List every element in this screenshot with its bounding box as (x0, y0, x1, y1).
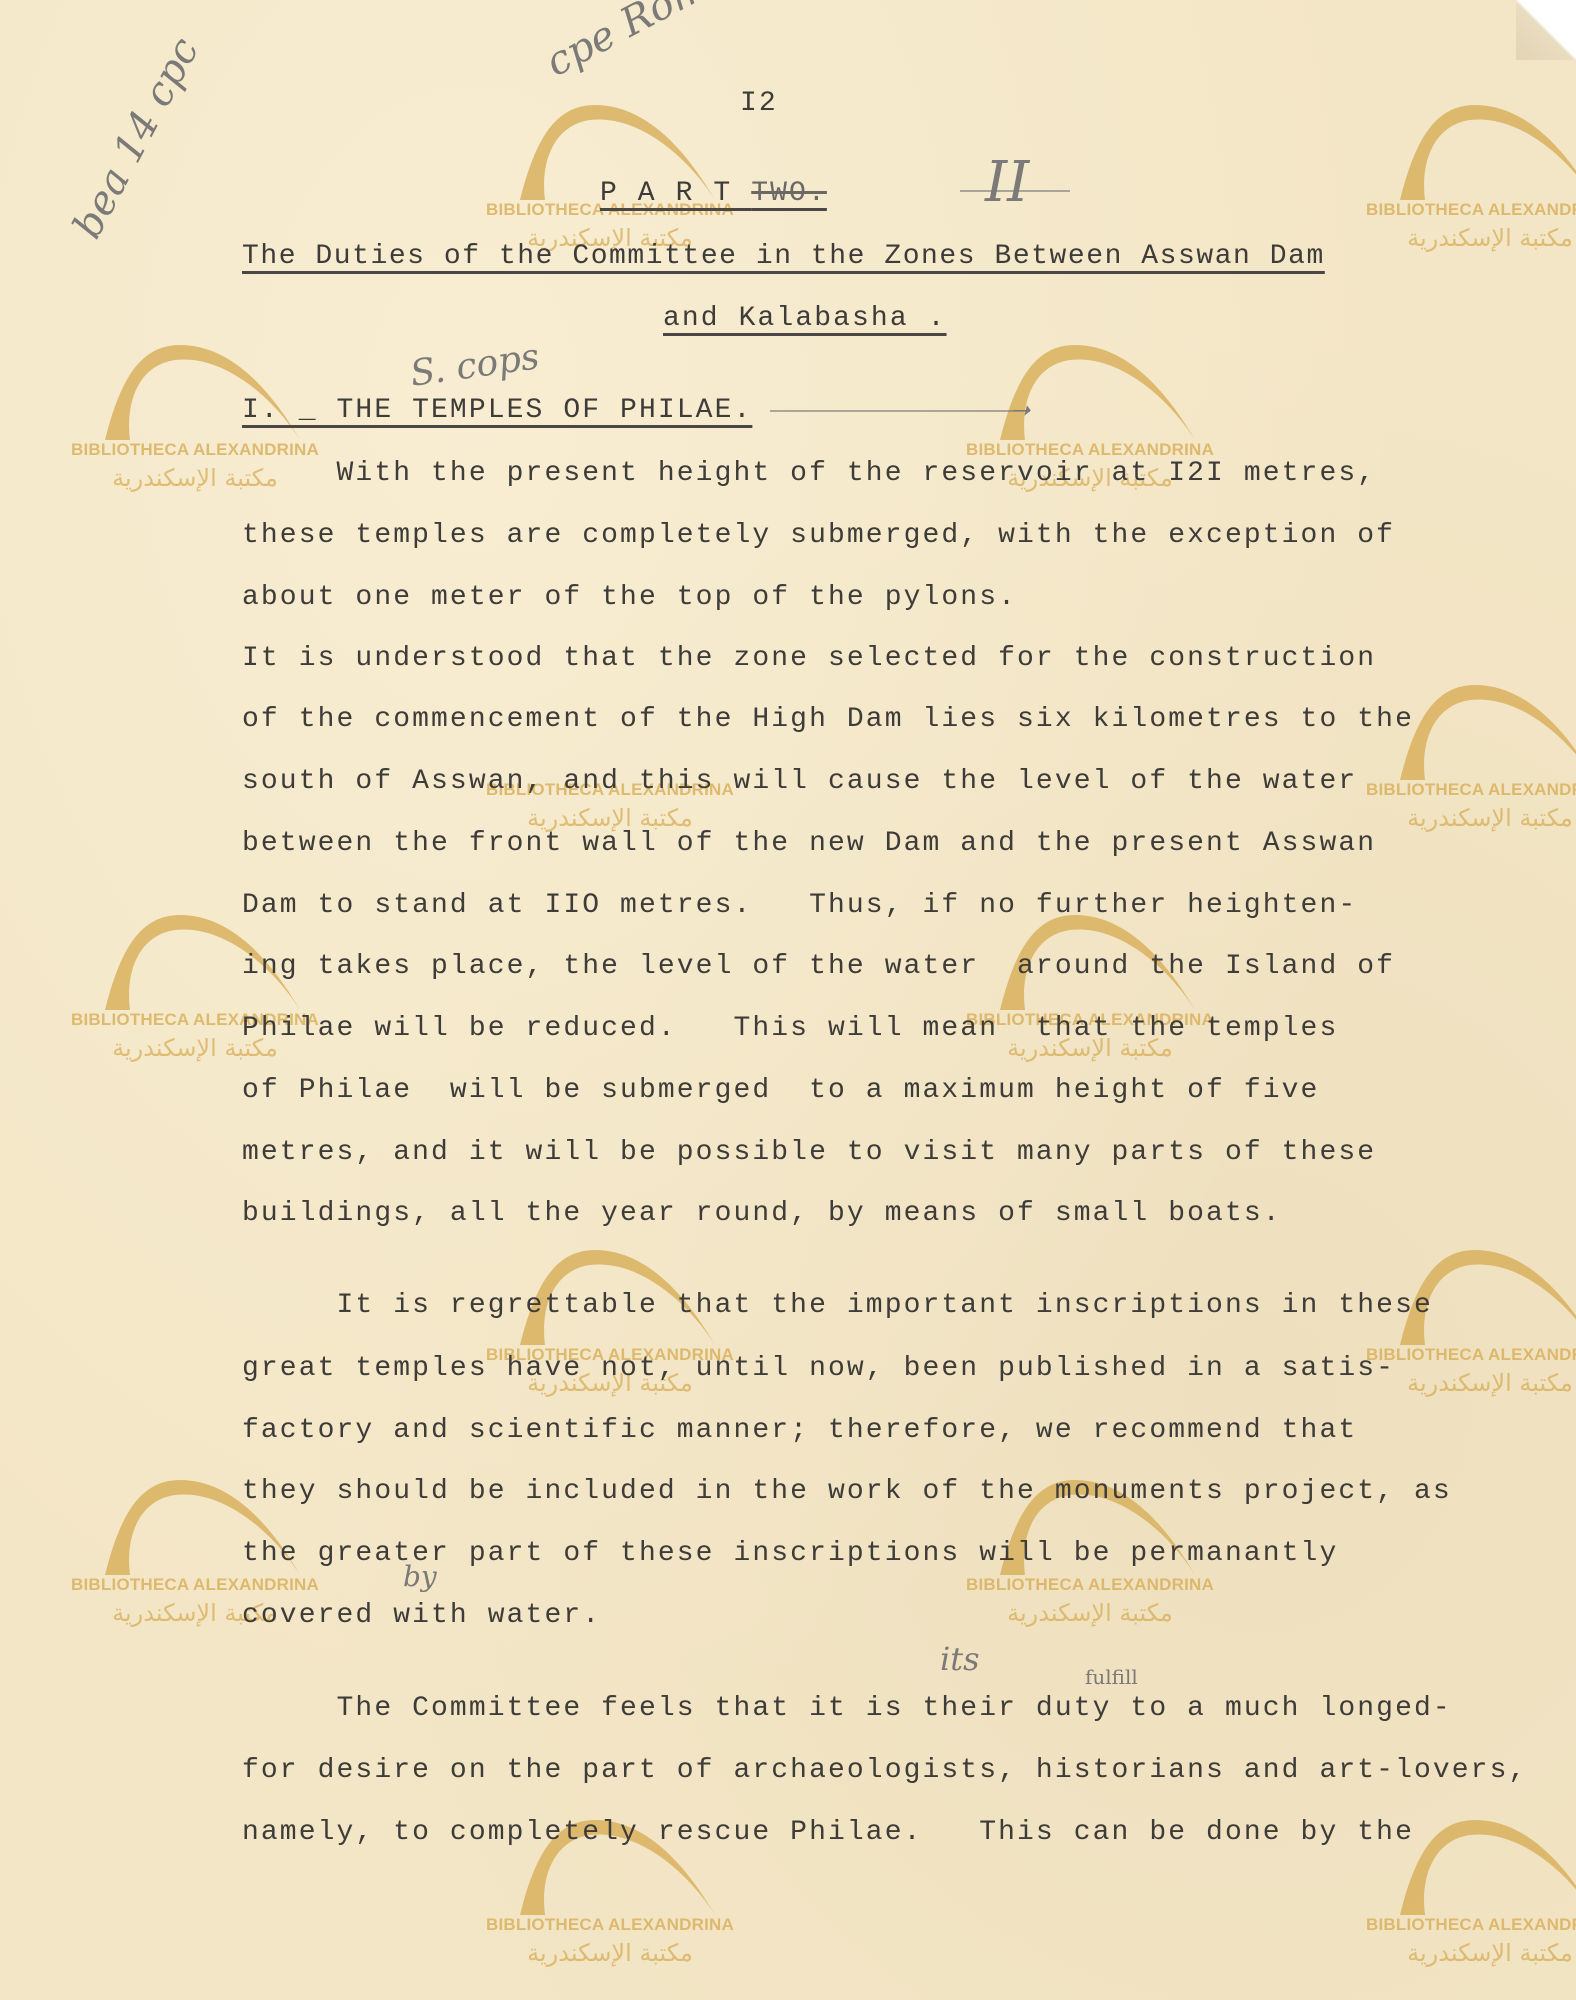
body-line: about one meter of the top of the pylons… (242, 584, 1017, 612)
body-line: namely, to completely rescue Philae. Thi… (242, 1819, 1414, 1847)
body-line: they should be included in the work of t… (242, 1478, 1452, 1506)
part-heading: P A R T TWO. (600, 180, 827, 208)
body-line: It is understood that the zone selected … (242, 645, 1376, 673)
body-line: buildings, all the year round, by means … (242, 1200, 1282, 1228)
page-corner-fold (1516, 0, 1576, 60)
body-line: factory and scientific manner; therefore… (242, 1417, 1357, 1445)
watermark: BIBLIOTHECA ALEXANDRINA مكتبة الإسكندرية (1340, 100, 1576, 270)
watermark: BIBLIOTHECA ALEXANDRINA مكتبة الإسكندرية (1340, 1245, 1576, 1415)
watermark: BIBLIOTHECA ALEXANDRINA مكتبة الإسكندرية (460, 1245, 760, 1415)
body-line: The Committee feels that it is their dut… (242, 1695, 1452, 1723)
pencil-underline (960, 190, 1070, 192)
body-line: between the front wall of the new Dam an… (242, 830, 1376, 858)
body-line: covered with water. (242, 1602, 601, 1630)
handwritten-correction-its: its (940, 1640, 980, 1678)
body-line: With the present height of the reservoir… (242, 460, 1376, 488)
part-heading-word: P A R T (600, 178, 751, 209)
subtitle-line-1: The Duties of the Committee in the Zones… (242, 243, 1325, 271)
subtitle-line-2: and Kalabasha . (663, 305, 947, 333)
watermark: BIBLIOTHECA ALEXANDRINA مكتبة الإسكندرية (45, 910, 345, 1080)
handwritten-correction-fulfill: fulfill (1085, 1665, 1138, 1689)
body-line: Philae will be reduced. This will mean t… (242, 1015, 1338, 1043)
body-line: south of Asswan, and this will cause the… (242, 768, 1357, 796)
body-line: metres, and it will be possible to visit… (242, 1139, 1376, 1167)
watermark-arch-icon (980, 340, 1220, 440)
section-heading: I. _ THE TEMPLES OF PHILAE. (242, 397, 752, 425)
watermark: BIBLIOTHECA ALEXANDRINA مكتبة الإسكندرية (940, 910, 1240, 1080)
body-line: these temples are completely submerged, … (242, 522, 1395, 550)
handwritten-note-left: bea 14 cpc (64, 30, 208, 246)
body-line: of the commencement of the High Dam lies… (242, 706, 1414, 734)
page-number: I2 (740, 90, 778, 118)
body-line: It is regrettable that the important ins… (242, 1292, 1433, 1320)
body-line: of Philae will be submerged to a maximum… (242, 1077, 1319, 1105)
arrow-head-icon: ➝ (1010, 396, 1030, 424)
handwritten-section-note: S. cops (408, 336, 542, 395)
handwritten-roman-two: II (985, 150, 1029, 215)
body-line: ing takes place, the level of the water … (242, 953, 1395, 981)
pencil-arrow-line (770, 410, 1030, 412)
part-heading-struck-word: TWO. (751, 178, 827, 209)
watermark-arch-icon (1380, 100, 1576, 200)
body-line: the greater part of these inscriptions w… (242, 1540, 1338, 1568)
body-line: great temples have not, until now, been … (242, 1355, 1395, 1383)
body-line: Dam to stand at IIO metres. Thus, if no … (242, 892, 1357, 920)
handwritten-note-top: cpe Rom 14 cpe (538, 0, 846, 86)
body-line: for desire on the part of archaeologists… (242, 1757, 1527, 1785)
